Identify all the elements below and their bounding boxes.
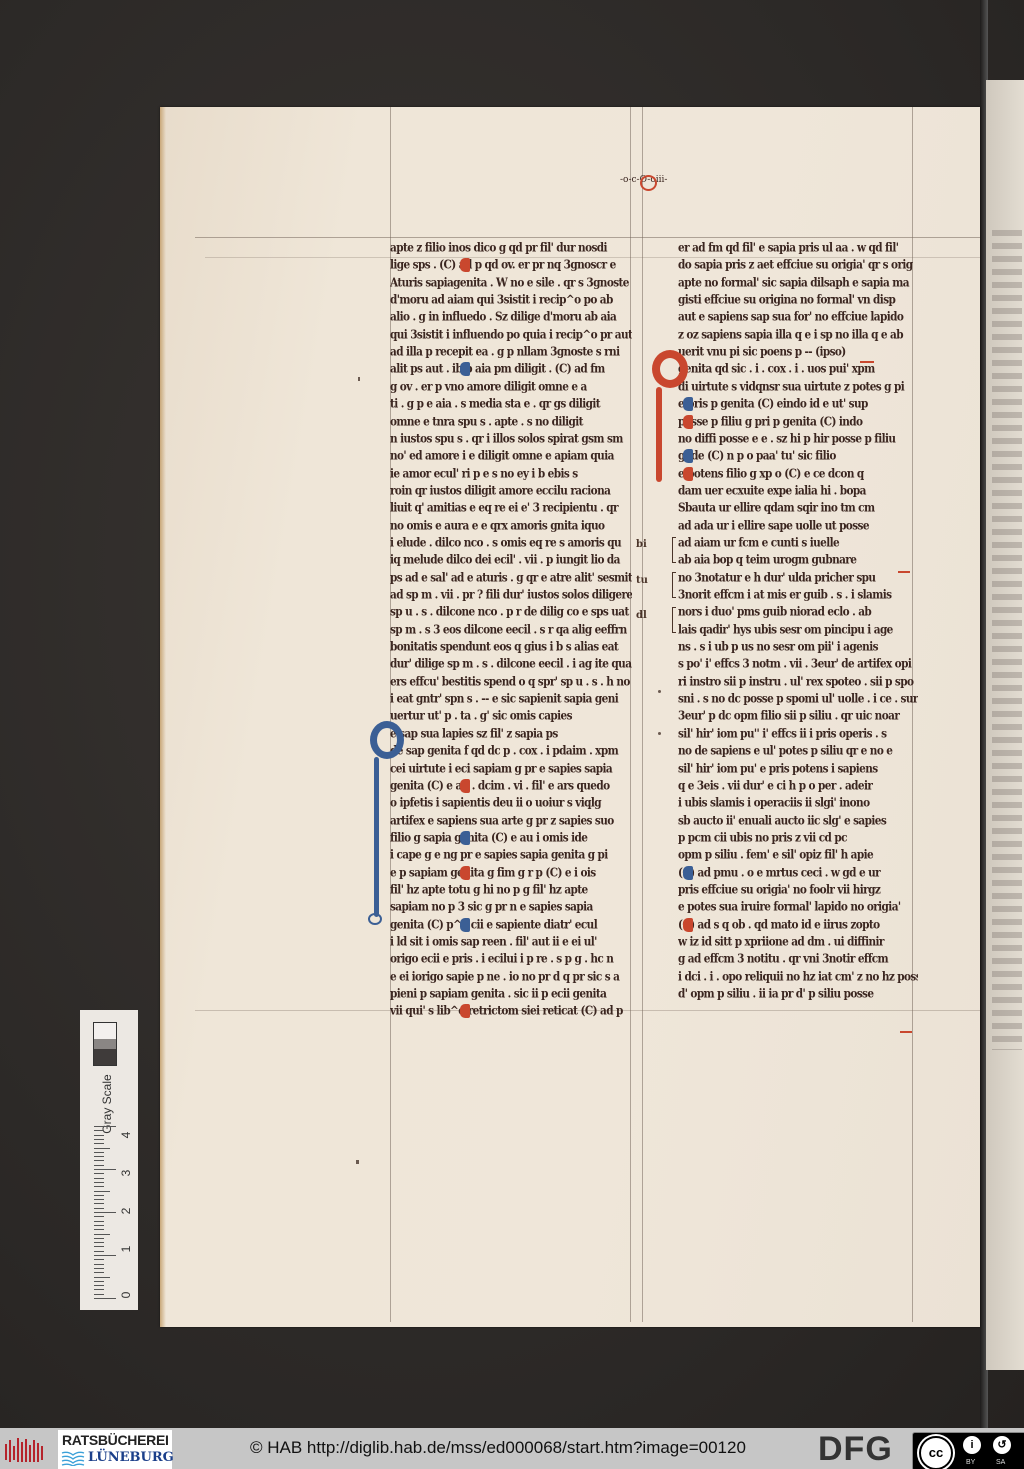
blue-initial-flourish — [368, 913, 382, 925]
manuscript-line: d'moru ad aiam qui 3sistit i recip^o po … — [390, 293, 632, 308]
ruler-tick — [94, 1143, 104, 1144]
red-paragraph-mark — [683, 918, 693, 932]
copyright-link[interactable]: © HAB http://diglib.hab.de/mss/ed000068/… — [250, 1438, 746, 1458]
manuscript-line: er ad fm qd fil' e sapia pris ul aa . w … — [678, 241, 918, 256]
manuscript-line: 3eur' p dc opm filio sii p siliu . qr ui… — [678, 709, 918, 724]
manuscript-line: genita qd sic . i . cox . i . uos pui' x… — [678, 362, 918, 377]
red-paragraph-mark — [683, 415, 693, 429]
manuscript-line: Aturis sapiagenita . W no e sile . qr s … — [390, 276, 632, 291]
ruler-number: 0 — [119, 1287, 133, 1303]
manuscript-line: fil' hz apte totu g hi no p g fil' hz ap… — [390, 883, 632, 898]
manuscript-line: ie amor ecul' ri p e s no ey i b ebis s — [390, 467, 632, 482]
ruler-tick — [94, 1242, 104, 1243]
manuscript-line: genita (C) e au . dcim . vi . fil' e ars… — [390, 779, 632, 794]
manuscript-line: g ide (C) n p o paa' tu' sic filio — [678, 449, 918, 464]
manuscript-line: ad illa p recepit ea . g p nllam 3gnoste… — [390, 345, 632, 360]
ruler-tick — [94, 1277, 110, 1278]
manuscript-line: ad ada ur i ellire sape uolle ut posse — [678, 519, 918, 534]
ruler-tick — [94, 1126, 116, 1127]
manuscript-line: uerit vnu pi sic poens p -- (ipso) — [678, 345, 918, 360]
manuscript-line: nors i duo' pms guib niorad eclo . ab — [678, 605, 918, 620]
share-alike-icon: ↺ — [993, 1436, 1011, 1454]
ruler-tick — [94, 1298, 116, 1299]
ruler-tick — [94, 1139, 104, 1140]
manuscript-line: aut e sapiens sap sua for' no effciue la… — [678, 310, 918, 325]
manuscript-line: dur' dilige sp m . s . dilcone eecil . i… — [390, 657, 632, 672]
manuscript-line: w iz id sitt p xpriione ad dm . ui diffi… — [678, 935, 918, 950]
ruler-tick — [94, 1264, 104, 1265]
ruler-tick — [94, 1178, 104, 1179]
ruling-line — [642, 107, 643, 1322]
blue-paragraph-mark — [460, 362, 470, 376]
manuscript-line: apte no formal' sic sapia dilsaph e sapi… — [678, 276, 918, 291]
manuscript-line: e ei iorigo sapie p ne . io no pr d q pr… — [390, 970, 632, 985]
manuscript-line: qui 3sistit i influendo po quia i recip^… — [390, 328, 632, 343]
manuscript-line: sil' hir' iom pu'' i' effcs ii i pris op… — [678, 727, 918, 742]
ruler-tick — [94, 1259, 104, 1260]
blue-paragraph-mark — [460, 918, 470, 932]
manuscript-line: i ubis slamis i operaciis ii slgi' inono — [678, 796, 918, 811]
dfg-logo: DFG — [818, 1430, 893, 1468]
ruler-tick — [94, 1182, 104, 1183]
manuscript-line: apte z filio inos dico g qd pr fil' dur … — [390, 241, 632, 256]
ruler-tick — [94, 1285, 104, 1286]
manuscript-line: sb aucto ii' enuali aucto iic slg' e sap… — [678, 814, 918, 829]
manuscript-line: sni . s no dc posse p spomi ul' uolle . … — [678, 692, 918, 707]
manuscript-line: roin qr iustos diligit amore eccilu raci… — [390, 484, 632, 499]
manuscript-line: alio . g in influedo . Sz dilige d'moru … — [390, 310, 632, 325]
ruler-tick — [94, 1212, 116, 1213]
manuscript-line: e potes sua iruire formal' lapido no ori… — [678, 900, 918, 915]
ruler-tick — [94, 1255, 116, 1256]
manuscript-line: no omis e aura e e qrx amoris gnita iquo — [390, 519, 632, 534]
manuscript-line: i elude . dilco nco . s omis eq re s amo… — [390, 536, 632, 551]
margin-mark — [356, 1160, 359, 1164]
manuscript-line: ti . g p e aia . s media sta e . qr gs d… — [390, 397, 632, 412]
manuscript-line: ad sp m . vii . pr ? fili dur' iustos so… — [390, 588, 632, 603]
red-paragraph-mark — [460, 779, 470, 793]
manuscript-line: sp m . s 3 eos dilcone eecil . s r qa al… — [390, 623, 632, 638]
manuscript-line: cei uirtute i eci sapiam g pr e sapies s… — [390, 762, 632, 777]
right-text-column: er ad fm qd fil' e sapia pris ul aa . w … — [678, 241, 918, 1061]
manuscript-line: no de sapiens e ul' potes p siliu qr e n… — [678, 744, 918, 759]
ruler-tick — [94, 1148, 110, 1149]
footer-bar: RATSBÜCHEREI LÜNEBURG © HAB http://digli… — [0, 1428, 1024, 1469]
ruler-tick — [94, 1229, 104, 1230]
manuscript-line: artifex e sapiens sua arte g pr z sapies… — [390, 814, 632, 829]
ruler-tick — [94, 1135, 104, 1136]
ruler-number: 4 — [119, 1127, 133, 1143]
ruler-tick — [94, 1272, 104, 1273]
margin-mark — [358, 377, 360, 381]
margin-mark — [658, 732, 661, 735]
manuscript-line: lais qadir' hys ubis sesr om pincipu i a… — [678, 623, 918, 638]
manuscript-line: ad aiam ur fcm e cunti s iuelle — [678, 536, 918, 551]
left-text-column: apte z filio inos dico g qd pr fil' dur … — [390, 241, 632, 1061]
red-paragraph-mark — [683, 467, 693, 481]
ruler-tick — [94, 1251, 104, 1252]
manuscript-line: o ipfetis i sapientis deu ii o uoiur s v… — [390, 796, 632, 811]
manuscript-line: p pcm cii ubis no pris z vii cd pc — [678, 831, 918, 846]
page-edge — [160, 107, 166, 1327]
rubric-o-mark — [640, 175, 657, 191]
sa-label: SA — [996, 1459, 1005, 1466]
bracket — [672, 572, 676, 598]
library-name-logo[interactable]: RATSBÜCHEREI LÜNEBURG — [58, 1430, 172, 1469]
manuscript-line: i dci . i . opo reliquii no hz iat cm' z… — [678, 970, 918, 985]
ruler-tick — [94, 1289, 104, 1290]
manuscript-line: ab aia bop q teim urogm gubnare — [678, 553, 918, 568]
ruler-tick — [94, 1199, 104, 1200]
manuscript-line: g ad effcm 3 notitu . qr vni 3notir effc… — [678, 952, 918, 967]
manuscript-line: uertur ut' p . ta . g' sic omis capies — [390, 709, 632, 724]
manuscript-line: liuit q' amitias e eq re ei e' 3 recipie… — [390, 501, 632, 516]
manuscript-line: e p sapiam genita g fim g r p (C) e i oi… — [390, 866, 632, 881]
ruler-tick — [94, 1221, 104, 1222]
manuscript-line: ri instro sii p instru . ul' rex spoteo … — [678, 675, 918, 690]
ruler-tick — [94, 1225, 104, 1226]
margin-note: tu — [636, 575, 648, 586]
bracket — [672, 607, 676, 633]
manuscript-line: omne e tnra spu s . apte . s no diligit — [390, 415, 632, 430]
ruling-line — [195, 237, 980, 238]
ruler-tick — [94, 1173, 104, 1174]
ruler-number: 2 — [119, 1203, 133, 1219]
cc-license-badge[interactable]: cc i ↺ BY SA — [912, 1432, 1024, 1469]
manuscript-line: 3norit effcm i at mis er guib . s . i sl… — [678, 588, 918, 603]
cc-icon: cc — [919, 1436, 953, 1469]
ruler-tick — [94, 1216, 104, 1217]
manuscript-line: de sap genita f qd dc p . cox . i pdaim … — [390, 744, 632, 759]
ruler-number: 3 — [119, 1165, 133, 1181]
manuscript-line: i ld sit i omis sap reen . fil' aut ii e… — [390, 935, 632, 950]
manuscript-line: bonitatis spendunt eos q gius i b s alia… — [390, 640, 632, 655]
manuscript-line: vii qui' s lib^o retrictom siei reticat … — [390, 1004, 632, 1019]
rubric-dash — [898, 571, 910, 573]
manuscript-line: s po' i' effcs 3 notm . vii . 3eur' de a… — [678, 657, 918, 672]
ruler-tick — [94, 1160, 104, 1161]
by-label: BY — [966, 1459, 975, 1466]
manuscript-line: filio g sapia genita (C) e au i omis ide — [390, 831, 632, 846]
ruler-number: 1 — [119, 1241, 133, 1257]
red-initial-q — [652, 350, 688, 388]
blue-paragraph-mark — [683, 397, 693, 411]
blue-paragraph-mark — [683, 866, 693, 880]
ruler-tick — [94, 1191, 110, 1192]
facing-page-text — [992, 230, 1022, 1050]
red-initial-tail — [656, 387, 662, 482]
manuscript-line: sp u . s . dilcone nco . p r de dilig co… — [390, 605, 632, 620]
ruler-tick — [94, 1130, 104, 1131]
manuscript-line: Sbauta ur ellire qdam sqir ino tm cm — [678, 501, 918, 516]
manuscript-line: no 3notatur e h dur' ulda pricher spu — [678, 571, 918, 586]
manuscript-line: n iustos spu s . qr i illos solos spirat… — [390, 432, 632, 447]
swatch-mid — [93, 1039, 117, 1049]
ruler-tick — [94, 1165, 104, 1166]
manuscript-line: g ov . er p vno amore diligit omne e a — [390, 380, 632, 395]
manuscript-line: q e 3eis . vii dur' e ci h p o per . ade… — [678, 779, 918, 794]
manuscript-line: iq melude dilco dei ecil' . vii . p iung… — [390, 553, 632, 568]
manuscript-line: origo ecii e pris . i ecilui i p re . s … — [390, 952, 632, 967]
attribution-icon: i — [963, 1436, 981, 1454]
ruler-tick — [94, 1268, 104, 1269]
bracket — [672, 537, 676, 563]
library-name-top: RATSBÜCHEREI — [62, 1432, 169, 1448]
manuscript-line: z oz sapiens sapia illa q e i sp no illa… — [678, 328, 918, 343]
blue-initial-tail — [374, 757, 379, 917]
swatch-light — [93, 1022, 117, 1039]
manuscript-line: alit ps aut . ib p aia pm diligit . (C) … — [390, 362, 632, 377]
manuscript-line: pieni p sapiam genita . sic ii p ecii ge… — [390, 987, 632, 1002]
library-name-bottom: LÜNEBURG — [88, 1450, 174, 1465]
manuscript-line: ns . s i ub p us no sesr om pii' i ageni… — [678, 640, 918, 655]
manuscript-line: ers effcu' bestitis spend o q spr' sp u … — [390, 675, 632, 690]
ruler-tick — [94, 1234, 110, 1235]
open-book-icon — [61, 1450, 85, 1466]
manuscript-line: lige sps . (C) ad p qd ov. er pr nq 3gno… — [390, 258, 632, 273]
ruler-tick — [94, 1169, 116, 1170]
manuscript-line: i cape g e ng pr e sapies sapia genita g… — [390, 848, 632, 863]
red-paragraph-mark — [460, 1004, 470, 1018]
library-logo-icon — [4, 1436, 46, 1464]
margin-note: dl — [636, 610, 647, 621]
blue-initial-o — [370, 721, 404, 759]
manuscript-line: di uirtute s vidqnsr sua uirtute z potes… — [678, 380, 918, 395]
manuscript-page: -o-c-O-oiii- apte z filio inos dico g qd… — [160, 107, 980, 1327]
red-paragraph-mark — [460, 866, 470, 880]
blue-paragraph-mark — [460, 831, 470, 845]
ruler-tick — [94, 1195, 104, 1196]
rubric-dash — [860, 361, 874, 363]
manuscript-line: no diffi posse e e . sz hi p hir posse p… — [678, 432, 918, 447]
manuscript-line: (C) ad s q ob . qd mato id e iirus zopto — [678, 918, 918, 933]
manuscript-line: (C) ad pmu . o e mrtus ceci . w gd e ur — [678, 866, 918, 881]
manuscript-line: sapiam no p 3 sic g pr n e sapies sapia — [390, 900, 632, 915]
manuscript-line: gisti effciue su origina no formal' vn d… — [678, 293, 918, 308]
ruler-tick — [94, 1281, 104, 1282]
ruler-tick — [94, 1238, 104, 1239]
ruler-tick — [94, 1246, 104, 1247]
manuscript-line: do sapia pris z aet effciue su origia' q… — [678, 258, 918, 273]
manuscript-line: d' opm p siliu . ii ia pr d' p siliu pos… — [678, 987, 918, 1002]
manuscript-line: e potens filio g xp o (C) e ce dcon q — [678, 467, 918, 482]
manuscript-line: ps ad e sal' ad e aturis . g qr e atre a… — [390, 571, 632, 586]
manuscript-line: dam uer ecxuite expe ialia hi . bopa — [678, 484, 918, 499]
ruler-tick — [94, 1186, 104, 1187]
ruler-tick — [94, 1203, 104, 1204]
ruler-tick — [94, 1208, 104, 1209]
manuscript-line: no' ed amore i e diligit omne e apiam qu… — [390, 449, 632, 464]
manuscript-line: i eat gntr' spn s . -- e sic sapienit sa… — [390, 692, 632, 707]
ruler-tick — [94, 1152, 104, 1153]
margin-note: bi — [636, 539, 647, 550]
red-paragraph-mark — [460, 258, 470, 272]
manuscript-line: genita (C) p^o cii e sapiente diatr' ecu… — [390, 918, 632, 933]
ruler-tick — [94, 1294, 104, 1295]
gray-scale-ruler: Gray Scale 0 1 2 3 4 — [80, 1010, 138, 1310]
manuscript-line: posse p filiu g pri p genita (C) indo — [678, 415, 918, 430]
manuscript-line: opm p siliu . fem' e sil' opiz fil' h ap… — [678, 848, 918, 863]
rubric-dash — [900, 1031, 912, 1033]
manuscript-line: pris effciue su origia' no foolr vii hir… — [678, 883, 918, 898]
ruler-tick — [94, 1156, 104, 1157]
manuscript-line: e pris p genita (C) eindo id e ut' sup — [678, 397, 918, 412]
manuscript-line: e sap sua lapies sz fil' z sapia ps — [390, 727, 632, 742]
manuscript-line: sil' hir' iom pu' e pris potens i sapien… — [678, 762, 918, 777]
margin-mark — [658, 690, 661, 693]
blue-paragraph-mark — [683, 449, 693, 463]
